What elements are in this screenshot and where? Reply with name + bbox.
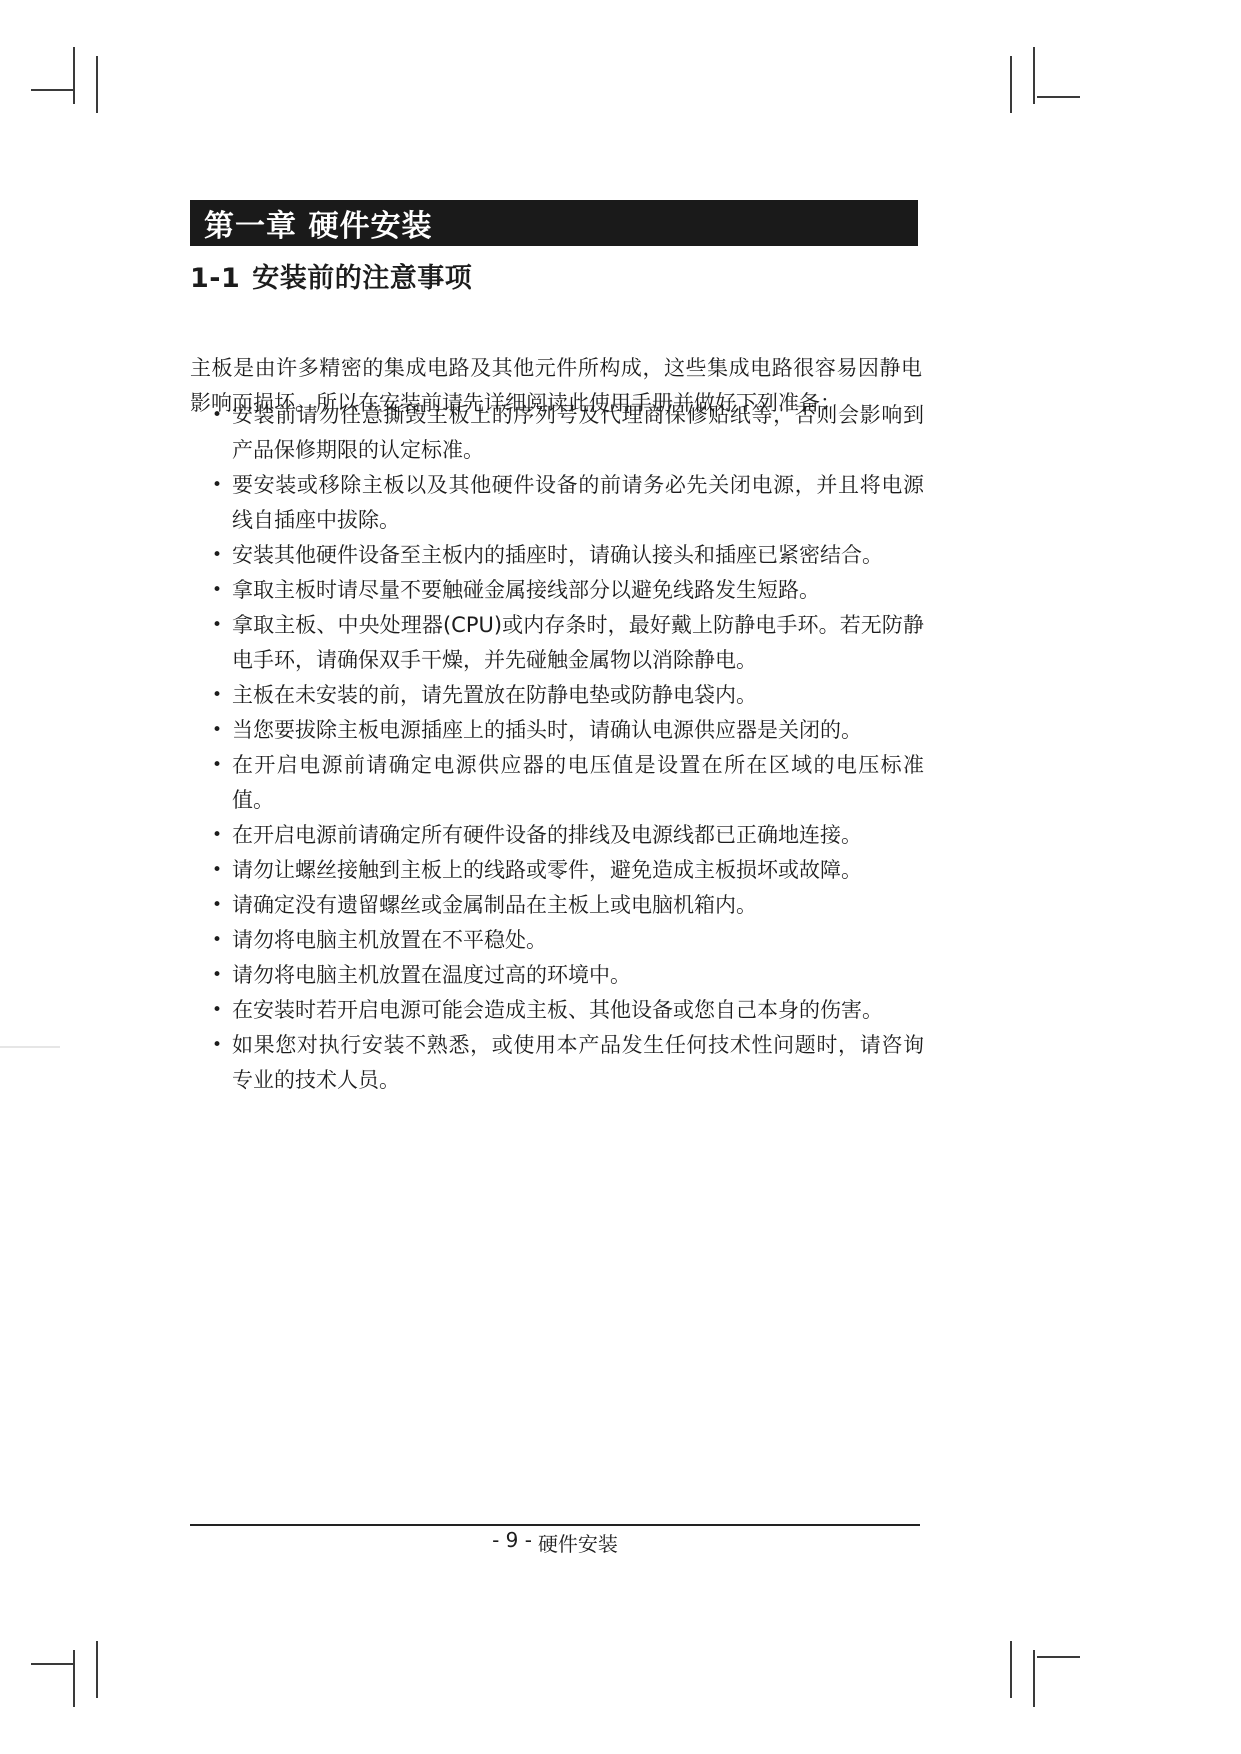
crop-mark-icon <box>96 56 98 113</box>
crop-mark-icon <box>1037 96 1080 98</box>
list-item: 要安装或移除主板以及其他硬件设备的前请务必先关闭电源，并且将电源线自插座中拔除。 <box>232 468 924 538</box>
page-number: - 9 - <box>492 1528 532 1557</box>
crop-mark-icon <box>1033 1650 1035 1707</box>
footer-divider <box>190 1524 920 1526</box>
list-item: 在开启电源前请确定电源供应器的电压值是设置在所在区域的电压标准值。 <box>232 748 924 818</box>
list-item: 如果您对执行安装不熟悉，或使用本产品发生任何技术性问题时，请咨询专业的技术人员。 <box>232 1028 924 1098</box>
precautions-list: 安装前请勿任意撕毁主板上的序列号及代理商保修贴纸等，否则会影响到产品保修期限的认… <box>190 398 924 1098</box>
list-item: 请确定没有遗留螺丝或金属制品在主板上或电脑机箱内。 <box>232 888 924 923</box>
list-item: 请勿将电脑主机放置在不平稳处。 <box>232 923 924 958</box>
crop-mark-icon <box>1010 1641 1012 1698</box>
list-item: 主板在未安装的前，请先置放在防静电垫或防静电袋内。 <box>232 678 924 713</box>
list-item: 安装前请勿任意撕毁主板上的序列号及代理商保修贴纸等，否则会影响到产品保修期限的认… <box>232 398 924 468</box>
section-number: 1-1 <box>190 263 240 294</box>
manual-page: 第一章 硬件安装 1-1 安装前的注意事项 主板是由许多精密的集成电路及其他元件… <box>0 0 1241 1754</box>
list-item: 请勿将电脑主机放置在温度过高的环境中。 <box>232 958 924 993</box>
list-item: 在开启电源前请确定所有硬件设备的排线及电源线都已正确地连接。 <box>232 818 924 853</box>
crop-mark-icon <box>73 1650 75 1707</box>
chapter-title: 第一章 硬件安装 <box>204 201 432 245</box>
crop-mark-icon <box>1037 1656 1080 1658</box>
list-item: 当您要拔除主板电源插座上的插头时，请确认电源供应器是关闭的。 <box>232 713 924 748</box>
page-footer: - 9 - 硬件安装 <box>190 1528 920 1557</box>
crop-mark-icon <box>31 89 74 91</box>
list-item: 拿取主板时请尽量不要触碰金属接线部分以避免线路发生短路。 <box>232 573 924 608</box>
list-item: 请勿让螺丝接触到主板上的线路或零件，避免造成主板损坏或故障。 <box>232 853 924 888</box>
chapter-header-bar: 第一章 硬件安装 <box>190 200 918 246</box>
list-item: 安装其他硬件设备至主板内的插座时，请确认接头和插座已紧密结合。 <box>232 538 924 573</box>
crop-mark-icon <box>1033 47 1035 104</box>
section-heading: 1-1 安装前的注意事项 <box>190 256 472 295</box>
crop-mark-icon <box>1010 56 1012 113</box>
crop-mark-icon <box>73 47 75 104</box>
list-item: 拿取主板、中央处理器(CPU)或内存条时，最好戴上防静电手环。若无防静电手环，请… <box>232 608 924 678</box>
crop-mark-icon <box>96 1641 98 1698</box>
scan-artifact <box>0 1046 60 1048</box>
section-title: 安装前的注意事项 <box>252 256 472 295</box>
footer-chapter-label: 硬件安装 <box>538 1528 618 1557</box>
list-item: 在安装时若开启电源可能会造成主板、其他设备或您自己本身的伤害。 <box>232 993 924 1028</box>
crop-mark-icon <box>31 1663 74 1665</box>
